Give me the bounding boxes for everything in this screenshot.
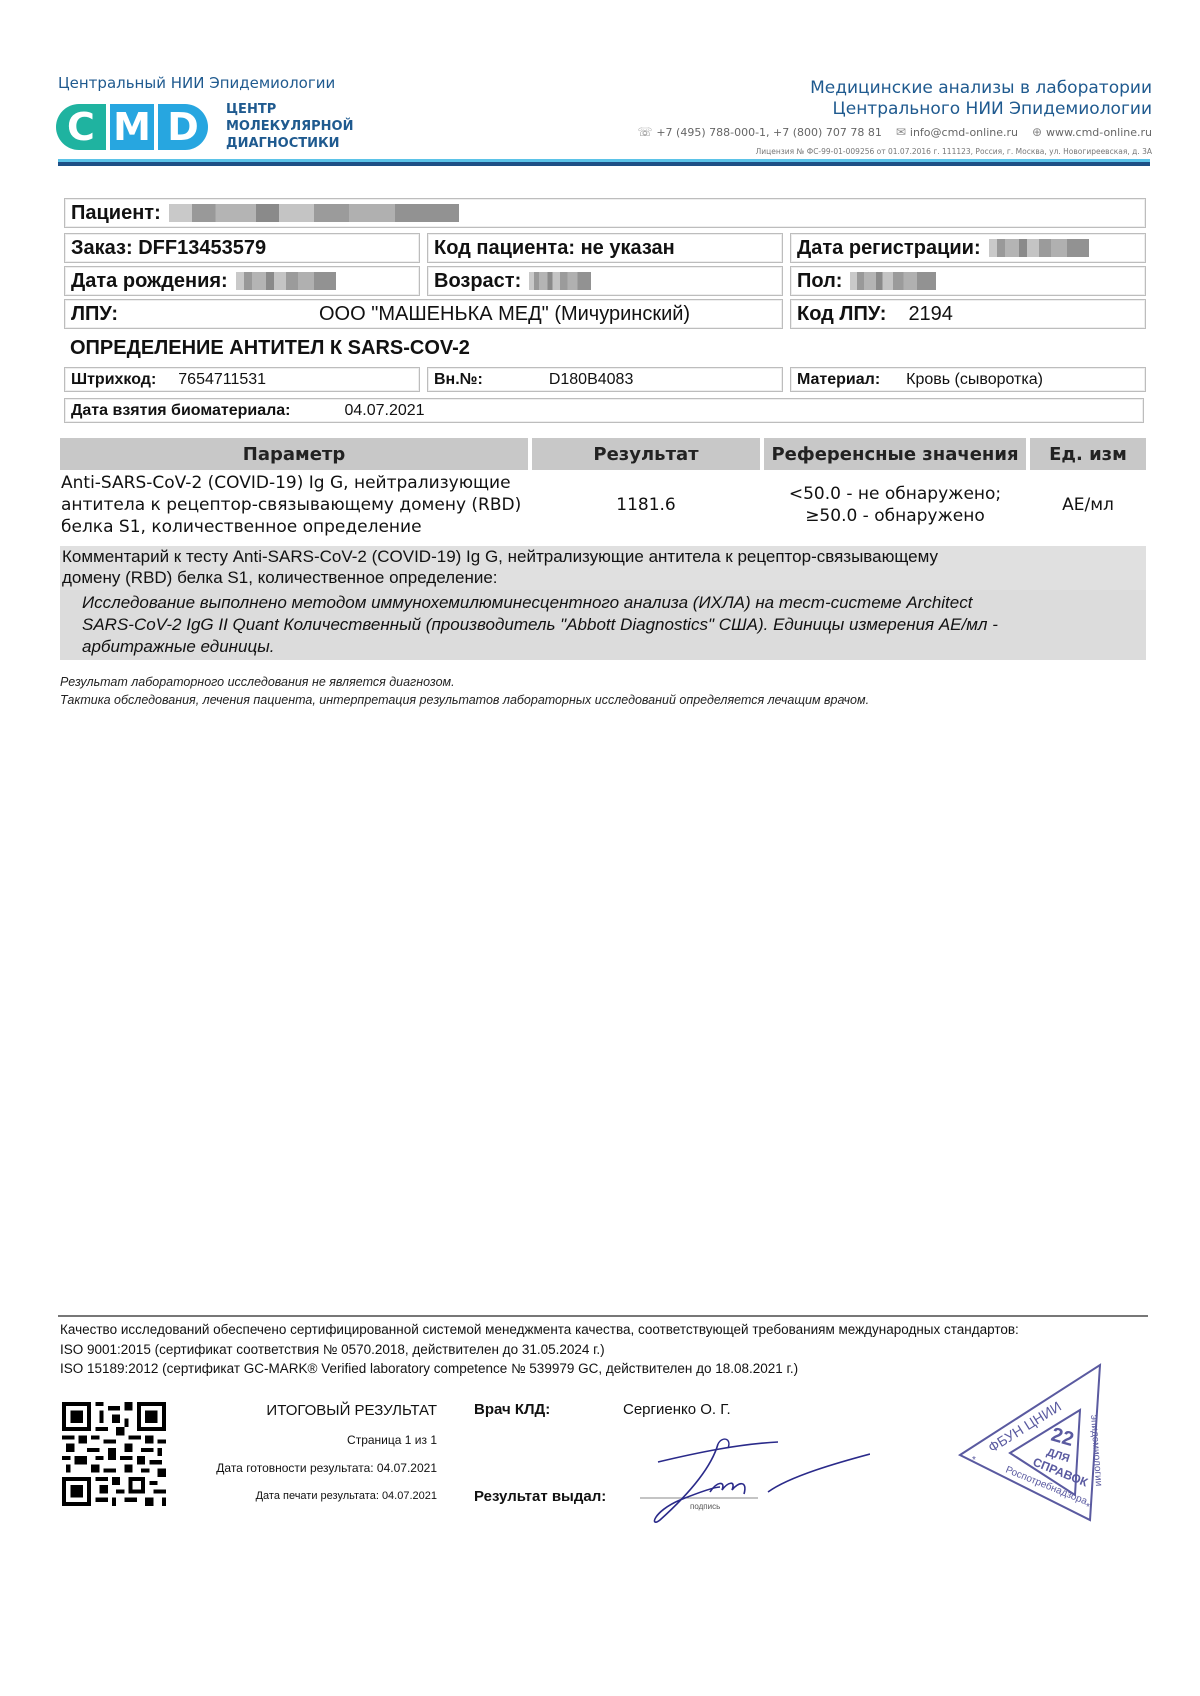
license-text: Лицензия № ФС-99-01-009256 от 01.07.2016… <box>756 147 1152 156</box>
test-comment-heading: Комментарий к тесту Anti-SARS-CoV-2 (COV… <box>60 546 1146 590</box>
signature-icon: подпись <box>640 1432 870 1532</box>
doctor-name: Сергиенко О. Г. <box>623 1401 731 1418</box>
column-header-reference: Референсные значения <box>764 438 1026 470</box>
lpu-code-field: Код ЛПУ:2194 <box>790 299 1146 329</box>
reg-date-label: Дата регистрации: <box>797 237 981 260</box>
barcode-label: Штрихкод: <box>71 371 156 389</box>
footer-divider <box>58 1315 1148 1317</box>
age-field: Возраст: <box>427 266 783 296</box>
comment-body-line: SARS-CoV-2 IgG II Quant Количественный (… <box>82 614 1124 636</box>
final-result-label: ИТОГОВЫЙ РЕЗУЛЬТАТ <box>266 1402 437 1419</box>
qr-code-icon <box>62 1402 166 1506</box>
contacts: ☏+7 (495) 788-000-1, +7 (800) 707 78 81 … <box>637 125 1152 139</box>
lpu-code-label: Код ЛПУ: <box>797 303 886 326</box>
age-value-redacted <box>529 272 591 290</box>
logo-subtitle-line: ЦЕНТР <box>226 101 353 118</box>
sample-date-field: Дата взятия биоматериала:04.07.2021 <box>64 398 1144 423</box>
phone-icon: ☏ <box>637 125 652 139</box>
birth-value-redacted <box>236 272 336 290</box>
barcode-field: Штрихкод:7654711531 <box>64 367 420 392</box>
patient-value-redacted <box>169 204 459 222</box>
issued-by-label: Результат выдал: <box>474 1488 606 1505</box>
material-value: Кровь (сыворотка) <box>906 371 1043 389</box>
order-value: DFF13453579 <box>138 237 266 260</box>
barcode-value: 7654711531 <box>178 371 266 389</box>
parameter-line: Anti-SARS-CoV-2 (COVID-19) Ig G, нейтрал… <box>61 472 531 494</box>
star-icon: * <box>972 1455 976 1466</box>
sample-date-value: 04.07.2021 <box>345 402 425 420</box>
internal-no-value: D180B4083 <box>549 371 634 389</box>
reg-date-redacted <box>989 239 1089 257</box>
column-header-parameter: Параметр <box>60 438 528 470</box>
test-comment-body: Исследование выполнено методом иммунохем… <box>60 590 1146 660</box>
lpu-code-value: 2194 <box>908 303 953 326</box>
ready-date: Дата готовности результата: 04.07.2021 <box>216 1461 437 1475</box>
sex-value-redacted <box>850 272 936 290</box>
patient-code-field: Код пациента: не указан <box>427 233 783 263</box>
column-header-result: Результат <box>532 438 760 470</box>
email-contact[interactable]: ✉info@cmd-online.ru <box>896 125 1018 139</box>
patient-code-value: не указан <box>581 237 675 260</box>
stamp-text: эпидемиологии <box>1088 1414 1104 1486</box>
logo-letter-c: C <box>56 104 106 150</box>
parameter-line: антитела к рецептор-связывающему домену … <box>61 494 531 516</box>
unit-value: АЕ/мл <box>1030 494 1146 516</box>
reference-line: ≥50.0 - обнаружено <box>764 505 1026 527</box>
patient-label: Пациент: <box>71 202 161 225</box>
sex-label: Пол: <box>797 270 842 293</box>
birth-label: Дата рождения: <box>71 270 228 293</box>
quality-statement: Качество исследований обеспечено сертифи… <box>60 1320 1019 1379</box>
order-field: Заказ: DFF13453579 <box>64 233 420 263</box>
star-icon: * <box>1086 1502 1090 1513</box>
lpu-label: ЛПУ: <box>71 303 251 326</box>
parameter-line: белка S1, количественное определение <box>61 516 531 538</box>
test-title: ОПРЕДЕЛЕНИЕ АНТИТЕЛ К SARS-COV-2 <box>70 337 470 360</box>
material-field: Материал:Кровь (сыворотка) <box>790 367 1146 392</box>
logo-subtitle-line: ДИАГНОСТИКИ <box>226 135 353 152</box>
age-label: Возраст: <box>434 270 521 293</box>
disclaimer-note: Результат лабораторного исследования не … <box>60 675 455 689</box>
header-divider-dark <box>58 162 1150 166</box>
org-name: Центральный НИИ Эпидемиологии <box>58 74 335 92</box>
internal-no-field: Вн.№:D180B4083 <box>427 367 783 392</box>
cmd-logo: C M D <box>56 104 208 150</box>
birth-date-field: Дата рождения: <box>64 266 420 296</box>
lpu-value: ООО "МАШЕНЬКА МЕД" (Мичуринский) <box>319 303 690 326</box>
table-row-parameter: Anti-SARS-CoV-2 (COVID-19) Ig G, нейтрал… <box>61 472 531 538</box>
disclaimer-note: Тактика обследования, лечения пациента, … <box>60 693 869 707</box>
patient-code-label: Код пациента: <box>434 237 575 260</box>
signature-caption: подпись <box>690 1502 720 1511</box>
order-label: Заказ: <box>71 237 133 260</box>
material-label: Материал: <box>797 371 880 389</box>
globe-icon: ⊕ <box>1032 125 1042 139</box>
tagline-line-2: Центрального НИИ Эпидемиологии <box>810 99 1152 120</box>
sample-date-label: Дата взятия биоматериала: <box>71 402 291 420</box>
comment-heading-line: Комментарий к тесту Anti-SARS-CoV-2 (COV… <box>62 546 1144 567</box>
lpu-field: ЛПУ:ООО "МАШЕНЬКА МЕД" (Мичуринский) <box>64 299 783 329</box>
stamp-icon: ФБУН ЦНИИ эпидемиологии Роспотребнадзора… <box>950 1355 1130 1525</box>
comment-heading-line: домену (RBD) белка S1, количественное оп… <box>62 567 1144 588</box>
logo-subtitle: ЦЕНТР МОЛЕКУЛЯРНОЙ ДИАГНОСТИКИ <box>226 101 353 152</box>
phone-contact[interactable]: ☏+7 (495) 788-000-1, +7 (800) 707 78 81 <box>637 125 882 139</box>
patient-field: Пациент: <box>64 198 1146 228</box>
envelope-icon: ✉ <box>896 125 906 139</box>
email-text: info@cmd-online.ru <box>910 126 1018 139</box>
phone-text: +7 (495) 788-000-1, +7 (800) 707 78 81 <box>656 126 881 139</box>
print-date: Дата печати результата: 04.07.2021 <box>256 1490 437 1502</box>
logo-letter-d: D <box>158 104 208 150</box>
comment-body-line: арбитражные единицы. <box>82 636 1124 658</box>
page-number: Страница 1 из 1 <box>347 1433 437 1447</box>
reference-values: <50.0 - не обнаружено; ≥50.0 - обнаружен… <box>764 483 1026 527</box>
sex-field: Пол: <box>790 266 1146 296</box>
tagline-line-1: Медицинские анализы в лаборатории <box>810 78 1152 99</box>
doctor-label: Врач КЛД: <box>474 1401 550 1418</box>
comment-body-line: Исследование выполнено методом иммунохем… <box>82 592 1124 614</box>
result-value: 1181.6 <box>532 494 760 516</box>
reference-line: <50.0 - не обнаружено; <box>764 483 1026 505</box>
tagline: Медицинские анализы в лаборатории Центра… <box>810 78 1152 120</box>
logo-letter-m: M <box>110 104 154 150</box>
reg-date-field: Дата регистрации: <box>790 233 1146 263</box>
quality-line: ISO 15189:2012 (сертификат GC-MARK® Veri… <box>60 1359 1019 1379</box>
internal-no-label: Вн.№: <box>434 371 483 389</box>
logo-subtitle-line: МОЛЕКУЛЯРНОЙ <box>226 118 353 135</box>
quality-line: ISO 9001:2015 (сертификат соответствия №… <box>60 1340 1019 1360</box>
website-text: www.cmd-online.ru <box>1046 126 1152 139</box>
column-header-unit: Ед. изм <box>1030 438 1146 470</box>
quality-line: Качество исследований обеспечено сертифи… <box>60 1320 1019 1340</box>
website-contact[interactable]: ⊕www.cmd-online.ru <box>1032 125 1152 139</box>
